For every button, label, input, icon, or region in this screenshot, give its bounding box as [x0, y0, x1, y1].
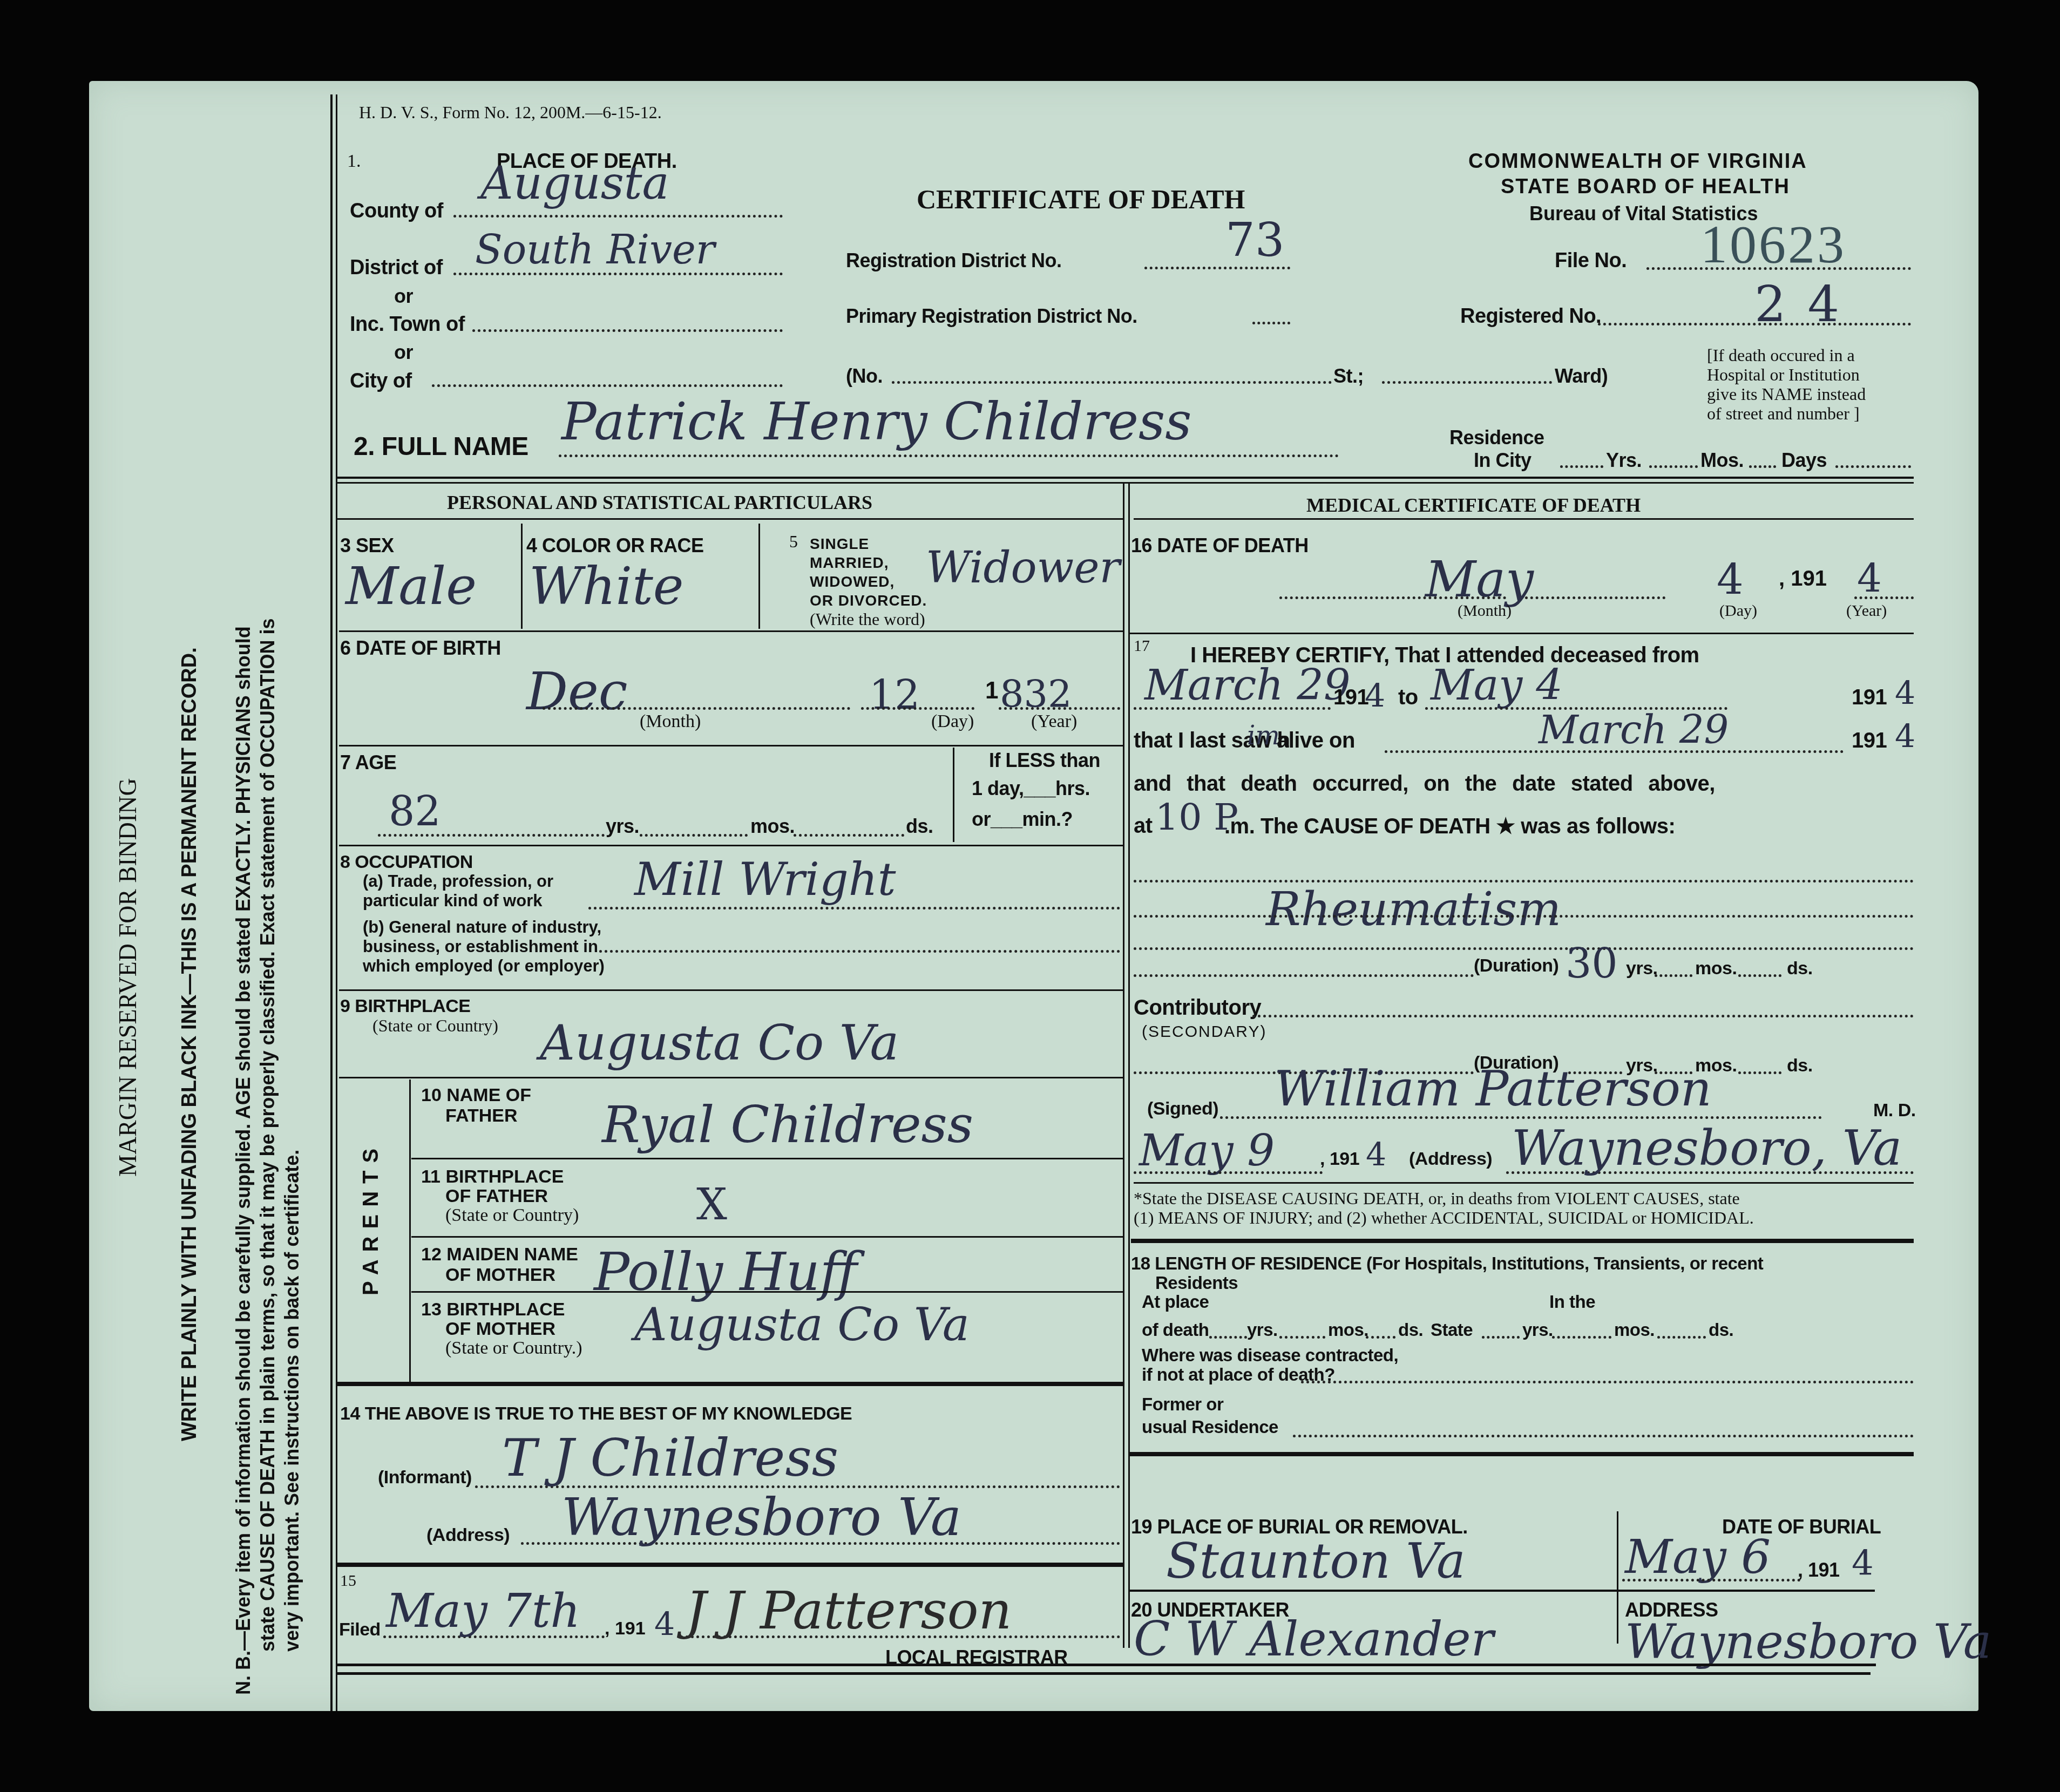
registered-no-field[interactable]: 24: [1754, 275, 1861, 333]
attended-to-year-field[interactable]: 4: [1895, 675, 1915, 712]
at-place-ds-field[interactable]: [1366, 1336, 1395, 1339]
hospital-note-line: [If death occured in a: [1707, 345, 1866, 365]
father-birthplace-text: (State or Country): [421, 1206, 579, 1225]
county-line: [453, 215, 783, 218]
certificate-title: CERTIFICATE OF DEATH: [917, 184, 1245, 215]
county-field[interactable]: Augusta: [480, 157, 669, 209]
bottom-rule: [337, 1672, 1871, 1675]
registration-district-label: Registration District No.: [846, 249, 1062, 272]
alive-on-label: alive on: [1277, 729, 1355, 753]
ward-field[interactable]: [1382, 381, 1552, 384]
age-yrs-label: yrs.: [606, 815, 639, 838]
disease-contracted-field[interactable]: [1301, 1381, 1914, 1383]
authority-line-1: COMMONWEALTH OF VIRGINIA: [1468, 150, 1807, 173]
cell-divider: [953, 748, 954, 842]
informant-heading: 14 THE ABOVE IS TRUE TO THE BEST OF MY K…: [340, 1403, 852, 1424]
signed-year-prefix: , 191: [1320, 1149, 1359, 1170]
dod-year-prefix: , 191: [1779, 567, 1827, 591]
contributory-ds-field[interactable]: [1738, 1071, 1781, 1074]
file-no-label: File No.: [1555, 249, 1627, 273]
age-mos-label: mos.: [750, 815, 795, 838]
filed-number: 15: [340, 1572, 356, 1590]
mother-name-text: OF MOTHER: [421, 1265, 578, 1285]
signed-date-line: [1134, 1171, 1323, 1174]
mother-birthplace-label: 13 BIRTHPLACE OF MOTHER (State or Countr…: [421, 1300, 582, 1358]
nb-instructions-line-3: very important. See instructions on back…: [281, 1150, 303, 1652]
or-label: or: [394, 285, 413, 308]
dod-day-caption: (Day): [1719, 602, 1757, 620]
row-rule: [1130, 633, 1914, 634]
dod-month-caption: (Month): [1458, 602, 1512, 620]
row-rule: [1134, 518, 1914, 520]
parents-label: PARENTS: [359, 1141, 383, 1295]
contributory-field[interactable]: [1252, 1015, 1914, 1017]
attended-to-year-prefix: 191: [1852, 685, 1887, 710]
hospital-note: [If death occured in a Hospital or Insti…: [1707, 345, 1866, 423]
footnote-line-2: (1) MEANS OF INJURY; and (2) whether ACC…: [1134, 1208, 1754, 1228]
attended-from-year-field[interactable]: 4: [1365, 677, 1385, 715]
attended-from-field[interactable]: March 29: [1144, 661, 1351, 710]
residence-mos-field[interactable]: [1649, 465, 1698, 468]
marital-label: SINGLE MARRIED, WIDOWED, OR DIVORCED. (W…: [810, 534, 927, 629]
margin-rule: [330, 94, 333, 1711]
father-name-text: FATHER: [421, 1105, 531, 1126]
informant-address-field[interactable]: Waynesboro Va: [561, 1487, 961, 1547]
race-field[interactable]: White: [529, 556, 684, 616]
dod-day-line: [1525, 596, 1665, 599]
father-birthplace-label: 11 BIRTHPLACE OF FATHER (State or Countr…: [421, 1167, 579, 1225]
row-rule: [337, 518, 1123, 520]
full-name-field[interactable]: Patrick Henry Childress: [561, 391, 1192, 452]
less-than-day-label: If LESS than: [989, 749, 1100, 772]
row-rule: [339, 630, 1123, 632]
duration-ds-label: ds.: [1787, 958, 1813, 979]
age-ds-label: ds.: [906, 815, 933, 838]
dob-day-field[interactable]: 12: [869, 672, 920, 718]
md-label: M. D.: [1873, 1100, 1916, 1121]
duration-years-field[interactable]: 30: [1566, 939, 1618, 987]
in-state-yrs-label: yrs.: [1522, 1320, 1553, 1340]
last-saw-date-field[interactable]: March 29: [1539, 707, 1729, 752]
sex-label: 3 SEX: [340, 534, 394, 557]
street-no-label: (No.: [846, 365, 883, 388]
secondary-label: (SECONDARY): [1142, 1023, 1266, 1041]
dod-year-line: [1854, 596, 1914, 599]
signed-label: (Signed): [1147, 1098, 1218, 1119]
cause-of-death-text: .m. The CAUSE OF DEATH ★ was as follows:: [1224, 814, 1675, 839]
at-place-yrs-label: yrs.: [1247, 1320, 1278, 1340]
residence-days-field[interactable]: [1749, 465, 1776, 468]
burial-date-field[interactable]: May 6: [1625, 1530, 1771, 1584]
hospital-note-line: Hospital or Institution: [1707, 365, 1866, 384]
filed-year-field[interactable]: 4: [654, 1606, 675, 1644]
occupation-trade-line: [588, 907, 1120, 909]
marital-option: WIDOWED,: [810, 572, 927, 591]
duration-ds-field[interactable]: [1738, 974, 1781, 977]
father-birthplace-field[interactable]: X: [696, 1179, 727, 1230]
residence-yrs-label: Yrs.: [1606, 449, 1642, 472]
marital-option: OR DIVORCED.: [810, 591, 927, 610]
occupation-b-text: business, or establishment in: [363, 937, 605, 956]
hospital-note-line: of street and number ]: [1707, 404, 1866, 423]
length-of-residence-heading: 18 LENGTH OF RESIDENCE (For Hospitals, I…: [1131, 1253, 1763, 1274]
ward-label: Ward): [1555, 365, 1608, 388]
occupation-a-text: (a) Trade, profession, or: [363, 872, 553, 891]
dob-day-line: [861, 707, 974, 710]
occupation-label: 8 OCCUPATION: [340, 852, 473, 873]
column-divider: [1128, 482, 1130, 1648]
date-of-death-day-field[interactable]: 4: [1717, 556, 1744, 605]
dod-month-line: [1279, 596, 1506, 599]
occupation-b-text: (b) General nature of industry,: [363, 918, 605, 937]
burial-year-prefix: , 191: [1798, 1559, 1840, 1581]
dob-month-line: [543, 707, 850, 710]
in-state-ds-field[interactable]: [1657, 1336, 1706, 1339]
attended-from-line: [1134, 707, 1331, 710]
informant-address-label: (Address): [426, 1525, 510, 1546]
primary-registration-field[interactable]: [1252, 322, 1290, 324]
cell-divider: [521, 524, 523, 629]
at-place-of-death-label: of death: [1142, 1320, 1209, 1340]
less-than-min-label[interactable]: or___min.?: [972, 808, 1073, 831]
undertaker-address-field[interactable]: Waynesboro Va: [1625, 1614, 1991, 1669]
residence-yrs-field[interactable]: [1560, 465, 1603, 468]
in-the-state-label: State: [1431, 1320, 1473, 1340]
birthplace-sub-label: (State or Country): [372, 1016, 498, 1036]
occupation-trade-field[interactable]: Mill Wright: [634, 853, 896, 906]
nb-instructions-line-1: N. B.—Every item of information should b…: [232, 626, 255, 1695]
registrar-signature-field[interactable]: J J Patterson: [686, 1580, 1012, 1641]
death-occurred-text: and that death occurred, on the date sta…: [1134, 772, 1715, 796]
medical-section-heading: MEDICAL CERTIFICATE OF DEATH: [1306, 494, 1641, 517]
year-caption: (Year): [1031, 711, 1077, 732]
father-name-field[interactable]: Ryal Childress: [602, 1096, 973, 1155]
filed-label: Filed: [339, 1619, 381, 1640]
row-rule: [339, 989, 1123, 991]
length-of-residence-heading-2: Residents: [1155, 1273, 1238, 1293]
marital-number: 5: [789, 532, 798, 552]
duration-line: [1134, 974, 1474, 977]
attended-from-year-prefix: 191: [1333, 685, 1368, 710]
full-name-label: 2. FULL NAME: [354, 432, 528, 461]
former-residence-label: Former or: [1142, 1394, 1223, 1415]
father-name-label: 10 NAME OF FATHER: [421, 1085, 531, 1126]
district-field[interactable]: South River: [475, 227, 715, 273]
personal-section-heading: PERSONAL AND STATISTICAL PARTICULARS: [447, 491, 872, 514]
mother-name-text: 12 MAIDEN NAME: [421, 1244, 578, 1265]
at-place-mos-label: mos.: [1328, 1320, 1368, 1340]
cause-line: [1134, 947, 1914, 950]
informant-field[interactable]: T J Childress: [502, 1428, 838, 1488]
occupation-b-label: (b) General nature of industry, business…: [363, 918, 605, 976]
dob-year-line: [999, 707, 1120, 710]
marital-option: MARRIED,: [810, 553, 927, 572]
mother-name-field[interactable]: Polly Huff: [594, 1241, 857, 1303]
section-rule: [1131, 1239, 1914, 1243]
cause-line: [1134, 915, 1914, 918]
last-saw-pronoun-field[interactable]: im: [1247, 721, 1280, 751]
former-residence-label-2: usual Residence: [1142, 1417, 1278, 1437]
row-rule: [339, 1077, 1123, 1078]
residence-days-line: [1835, 465, 1911, 468]
residence-label: Residence: [1449, 426, 1544, 449]
signed-date-field[interactable]: May 9: [1139, 1125, 1275, 1176]
or-label: or: [394, 341, 413, 364]
section-rule: [337, 1563, 1123, 1567]
cell-divider: [1617, 1511, 1618, 1644]
age-years-line: [378, 834, 605, 837]
cause-of-death-field[interactable]: Rheumatism: [1266, 883, 1561, 936]
mother-birthplace-text: 13 BIRTHPLACE: [421, 1300, 582, 1319]
age-years-field[interactable]: 82: [389, 787, 441, 835]
at-place-ds-label: ds.: [1398, 1320, 1423, 1340]
month-caption: (Month): [640, 711, 701, 732]
form-id: H. D. V. S., Form No. 12, 200M.—6-15-12.: [359, 103, 662, 123]
contributory-label: Contributory: [1134, 996, 1261, 1020]
district-label: District of: [350, 256, 443, 280]
county-label: County of: [350, 200, 443, 223]
dob-month-field[interactable]: Dec: [526, 661, 628, 722]
burial-place-field[interactable]: Staunton Va: [1166, 1533, 1466, 1590]
filed-year-prefix: , 191: [605, 1618, 646, 1639]
section-rule: [337, 482, 1914, 484]
burial-year-field[interactable]: 4: [1852, 1544, 1874, 1584]
duration-yrs-label: yrs.: [1626, 958, 1658, 979]
at-label: at: [1134, 814, 1153, 838]
race-label: 4 COLOR OR RACE: [526, 534, 704, 557]
father-name-text: 10 NAME OF: [421, 1085, 531, 1105]
last-saw-year-field[interactable]: 4: [1895, 718, 1915, 756]
bottom-rule: [337, 1664, 1876, 1666]
signed-year-field[interactable]: 4: [1366, 1136, 1386, 1174]
residence-mos-label: Mos.: [1700, 449, 1744, 472]
physician-address-field[interactable]: Waynesboro, Va: [1512, 1120, 1902, 1177]
undertaker-field[interactable]: C W Alexander: [1134, 1611, 1494, 1667]
marital-instruction: (Write the word): [810, 610, 927, 629]
contributory-ds-label: ds.: [1787, 1055, 1813, 1076]
cell-divider: [758, 524, 760, 629]
father-birthplace-text: OF FATHER: [421, 1186, 579, 1206]
father-birthplace-text: 11 BIRTHPLACE: [421, 1167, 579, 1186]
less-than-hrs-label[interactable]: 1 day,___hrs.: [972, 777, 1090, 800]
marital-option: SINGLE: [810, 534, 927, 553]
physician-address-label: (Address): [1409, 1149, 1492, 1170]
mother-birthplace-text: (State or Country.): [421, 1339, 582, 1358]
date-of-death-label: 16 DATE OF DEATH: [1131, 534, 1309, 557]
to-label: to: [1398, 685, 1418, 710]
last-saw-year-prefix: 191: [1852, 729, 1887, 753]
in-state-ds-label: ds.: [1709, 1320, 1733, 1340]
binding-margin-text: MARGIN RESERVED FOR BINDING: [113, 778, 142, 1177]
birthplace-label: 9 BIRTHPLACE: [340, 996, 470, 1017]
registered-no-label: Registered No.: [1460, 305, 1601, 328]
at-place-label: At place: [1142, 1292, 1209, 1312]
authority-line-2: STATE BOARD OF HEALTH: [1501, 175, 1790, 199]
occupation-b-text: which employed (or employer): [363, 956, 605, 976]
margin-rule: [336, 94, 337, 1711]
row-rule: [1134, 1182, 1914, 1184]
footnote-line-1: *State the DISEASE CAUSING DEATH, or, in…: [1134, 1189, 1740, 1209]
date-of-death-year-field[interactable]: 4: [1857, 556, 1882, 601]
former-residence-field[interactable]: [1293, 1435, 1914, 1437]
inc-town-label: Inc. Town of: [350, 313, 465, 336]
ink-notice-text: WRITE PLAINLY WITH UNFADING BLACK INK—TH…: [178, 647, 201, 1441]
in-state-yrs-field[interactable]: [1482, 1336, 1520, 1339]
physician-signature-field[interactable]: William Patterson: [1274, 1061, 1712, 1117]
section-rule: [337, 477, 1914, 479]
at-place-mos-field[interactable]: [1279, 1336, 1325, 1339]
duration-label: (Duration): [1474, 955, 1558, 976]
residence-in-city-label: In City: [1474, 449, 1532, 472]
residence-days-label: Days: [1781, 449, 1827, 472]
hospital-note-line: give its NAME instead: [1707, 384, 1866, 404]
occupation-industry-field[interactable]: [599, 950, 1120, 953]
in-the-label: In the: [1549, 1292, 1595, 1312]
row-rule: [411, 1236, 1123, 1238]
burial-date-line: [1622, 1579, 1800, 1581]
filed-date-field[interactable]: May 7th: [386, 1584, 580, 1638]
disease-contracted-label: Where was disease contracted,: [1142, 1345, 1398, 1366]
occupation-a-label: (a) Trade, profession, or particular kin…: [363, 872, 553, 911]
day-caption: (Day): [931, 711, 974, 732]
mother-name-label: 12 MAIDEN NAME OF MOTHER: [421, 1244, 578, 1285]
duration-mos-label: mos.: [1695, 958, 1737, 979]
row-rule: [339, 745, 1123, 746]
sex-field[interactable]: Male: [345, 556, 477, 616]
registration-district-field[interactable]: 73: [1225, 213, 1284, 267]
section-rule: [1130, 1452, 1914, 1456]
city-label: City of: [350, 370, 412, 393]
full-name-line: [559, 454, 1339, 457]
date-of-death-month-field[interactable]: May: [1425, 551, 1534, 608]
inc-town-field[interactable]: [472, 329, 783, 332]
duration-mos-field[interactable]: [1655, 974, 1692, 977]
row-rule: [1130, 1590, 1875, 1592]
mother-birthplace-field[interactable]: Augusta Co Va: [634, 1298, 970, 1351]
informant-label: (Informant): [378, 1467, 472, 1488]
primary-registration-label: Primary Registration District No.: [846, 305, 1137, 328]
dob-label: 6 DATE OF BIRTH: [340, 637, 501, 660]
nb-instructions-line-2: state CAUSE OF DEATH in plain terms, so …: [256, 619, 279, 1652]
mother-birthplace-text: OF MOTHER: [421, 1319, 582, 1339]
row-rule: [339, 845, 1123, 846]
file-no-field[interactable]: 10623: [1700, 213, 1846, 275]
row-rule: [411, 1291, 1123, 1293]
parents-divider: [409, 1080, 411, 1384]
column-divider: [1123, 482, 1124, 1648]
marital-status-field[interactable]: Widower: [926, 542, 1120, 593]
age-label: 7 AGE: [340, 751, 396, 774]
place-of-death-number: 1.: [347, 151, 361, 172]
age-months-field[interactable]: [640, 834, 748, 837]
occupation-a-text: particular kind of work: [363, 891, 553, 911]
birthplace-field[interactable]: Augusta Co Va: [540, 1015, 899, 1071]
at-place-yrs-field[interactable]: [1209, 1336, 1247, 1339]
dob-year-prefix: 1: [985, 677, 998, 704]
in-state-mos-field[interactable]: [1552, 1336, 1611, 1339]
age-days-field[interactable]: [794, 834, 904, 837]
attended-to-field[interactable]: May 4: [1431, 661, 1563, 710]
street-label: St.;: [1333, 365, 1364, 388]
section-rule: [337, 1382, 1123, 1386]
last-saw-date-line: [1385, 750, 1844, 753]
dod-year-caption: (Year): [1846, 602, 1887, 620]
in-state-mos-label: mos.: [1614, 1320, 1655, 1340]
row-rule: [411, 1158, 1123, 1159]
city-field[interactable]: [432, 384, 783, 387]
street-no-field[interactable]: [892, 381, 1332, 384]
certify-number: 17: [1134, 637, 1150, 655]
